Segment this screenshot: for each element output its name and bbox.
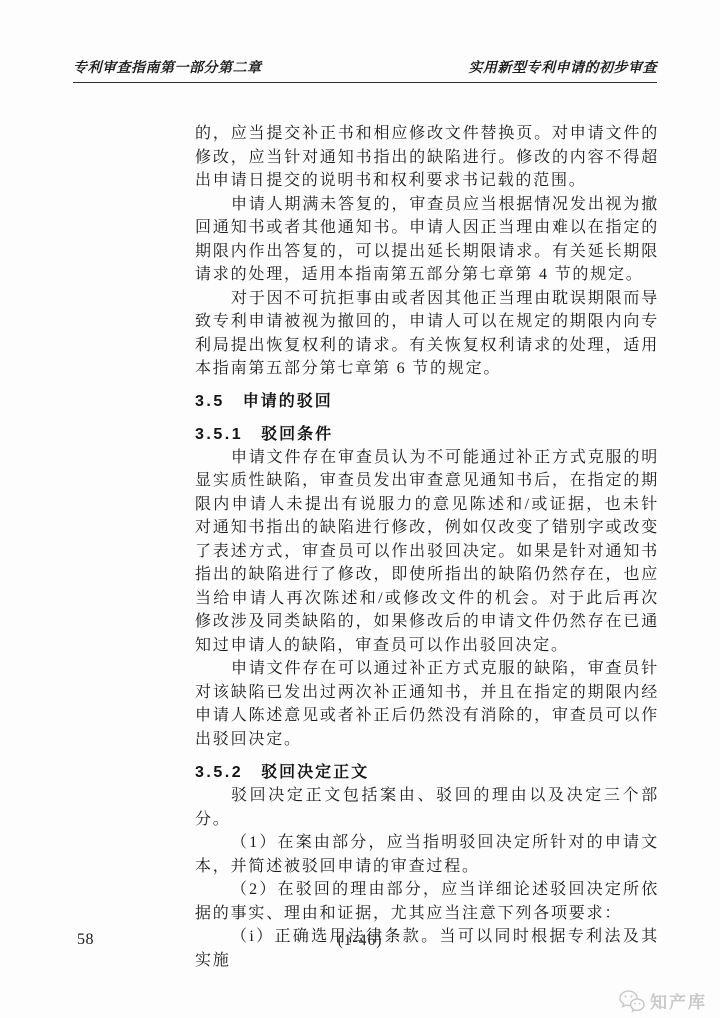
- section-title: 申请的驳回: [243, 393, 333, 410]
- paragraph: 申请人期满未答复的，审查员应当根据情况发出视为撤回通知书或者其他通知书。申请人因…: [195, 193, 659, 287]
- paragraph: 申请文件存在可以通过补正方式克服的缺陷，审查员针对该缺陷已发出过两次补正通知书，…: [195, 657, 659, 751]
- header-left-title: 专利审查指南第一部分第二章: [73, 57, 262, 77]
- section-number: 3.5.1: [195, 426, 243, 443]
- paragraph: 驳回决定正文包括案由、驳回的理由以及决定三个部分。: [195, 784, 659, 831]
- document-page: 专利审查指南第一部分第二章 实用新型专利申请的初步审查 的，应当提交补正书和相应…: [0, 0, 720, 1018]
- header-right-title: 实用新型专利申请的初步审查: [469, 57, 658, 77]
- watermark: 知产库: [618, 988, 707, 1013]
- watermark-label: 知产库: [650, 988, 707, 1013]
- section-heading: 3.5申请的驳回: [195, 390, 659, 413]
- paragraph: （1）在案由部分，应当指明驳回决定所针对的申请文本，并简述被驳回申请的审查过程。: [195, 831, 659, 878]
- running-header: 专利审查指南第一部分第二章 实用新型专利申请的初步审查: [73, 57, 657, 83]
- wechat-icon: [618, 989, 646, 1013]
- document-body: 的，应当提交补正书和相应修改文件替换页。对申请文件的修改，应当针对通知书指出的缺…: [195, 122, 659, 972]
- paragraph: 申请文件存在审查员认为不可能通过补正方式克服的明显实质性缺陷，审查员发出审查意见…: [195, 446, 659, 658]
- folio-number: (1-46): [0, 932, 720, 950]
- paragraph: 对于因不可抗拒事由或者因其他正当理由耽误期限而导致专利申请被视为撤回的，申请人可…: [195, 287, 659, 381]
- subsection-heading: 3.5.1驳回条件: [195, 423, 659, 446]
- section-number: 3.5.2: [195, 764, 243, 781]
- section-title: 驳回条件: [261, 426, 333, 443]
- section-number: 3.5: [195, 393, 225, 410]
- section-title: 驳回决定正文: [261, 764, 369, 781]
- paragraph: （2）在驳回的理由部分，应当详细论述驳回决定所依据的事实、理由和证据，尤其应当注…: [195, 878, 659, 925]
- subsection-heading: 3.5.2驳回决定正文: [195, 761, 659, 784]
- paragraph: 的，应当提交补正书和相应修改文件替换页。对申请文件的修改，应当针对通知书指出的缺…: [195, 122, 659, 193]
